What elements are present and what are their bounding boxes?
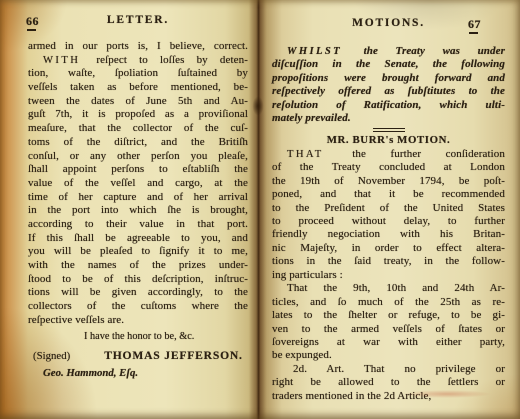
left-page-header: 66 LETTER. <box>28 14 248 40</box>
left-page-body: armed in our ports is, I believe, correc… <box>28 40 248 327</box>
text-line: reſpective veſſels are. <box>28 314 248 328</box>
text-line: collectors of the cuſtoms where the <box>28 300 248 314</box>
text-line: ticles, and ſo much of the 25th as re- <box>272 296 505 309</box>
text-line: friendly negociation with his Britan- <box>272 228 505 241</box>
book-scan: 66 LETTER. armed in our ports is, I beli… <box>0 0 520 419</box>
right-page-body: THAT the further conſideration of the Tr… <box>272 148 505 403</box>
text-line: you will be pleaſed to ſignify it to me, <box>28 245 248 259</box>
signature-row: (Signed) THOMAS JEFFERSON. <box>28 349 248 365</box>
page-number-dash <box>27 29 36 31</box>
paragraph-lead: THAT <box>287 149 328 160</box>
text-line: toms of the diſtrict, and the Britiſh <box>28 136 248 150</box>
right-page-text: MOTIONS. 67 WHILST the Treaty was under … <box>272 17 505 403</box>
text-line: nic Majeſty, in order to effect altera- <box>272 242 505 255</box>
left-page-text: 66 LETTER. armed in our ports is, I beli… <box>28 14 248 382</box>
text-line: value of the veſſel and cargo, at the <box>28 177 248 191</box>
line-rest: the Treaty was under <box>364 45 505 57</box>
text-line: tween the dates of June 5th and Au- <box>28 95 248 109</box>
text-line: conſul, or any other perſon you pleaſe, <box>28 150 248 164</box>
text-line: mately prevailed. <box>272 112 505 125</box>
text-line: tions in the ſaid treaty, in the follow- <box>272 255 505 268</box>
text-line: meaſure, that the collector of the cuſ- <box>28 122 248 136</box>
text-line: ſovereigns at war with either party, <box>272 336 505 349</box>
text-line: THAT the further conſideration <box>272 148 505 161</box>
double-rule <box>373 128 405 132</box>
paragraph-lead: WITH <box>43 55 84 66</box>
text-line: ſtood to be of this deſcription, inſtruc… <box>28 273 248 287</box>
text-line: diſcuſſion in the Senate, the following <box>272 58 505 71</box>
text-line: propoſitions were brought forward and <box>272 72 505 85</box>
text-line: poned, and that it be recommended <box>272 188 505 201</box>
text-line: reſolution of Ratification, which ulti- <box>272 99 505 112</box>
page-number-dash <box>469 32 478 34</box>
text-line: in the port into which ſhe is brought, <box>28 204 248 218</box>
text-line: tions will be given accordingly, to the <box>28 286 248 300</box>
text-line: lates to the ſhelter or refuge, to be gi… <box>272 309 505 322</box>
line-rest: reſpect to loſſes by deten- <box>96 54 248 66</box>
text-line: according to their value in that port. <box>28 218 248 232</box>
text-line: right be allowed to the ſettlers or <box>272 376 505 389</box>
text-line: If this ſhall be agreeable to you, and <box>28 232 248 246</box>
text-line: ſhall appoint perſons to eſtabliſh the <box>28 163 248 177</box>
text-line: to proceed without delay, to further <box>272 215 505 228</box>
text-line: WHILST the Treaty was under <box>272 45 505 58</box>
intro-paragraph: WHILST the Treaty was under diſcuſſion i… <box>272 45 505 126</box>
text-line: guſt 7th, it is propoſed as a proviſiona… <box>28 108 248 122</box>
text-line: armed in our ports is, I believe, correc… <box>28 40 248 54</box>
valediction: I have the honor to be, &c. <box>28 330 248 344</box>
motion-heading: MR. BURR's MOTION. <box>272 133 505 147</box>
text-line: ing particulars : <box>272 269 505 282</box>
line-rest: the further conſideration <box>352 148 505 160</box>
right-page-header: MOTIONS. 67 <box>272 17 505 43</box>
text-line: with the names of the prizes under- <box>28 259 248 273</box>
text-line: 2d. Art. That no privilege or <box>272 363 505 376</box>
page-number: 66 <box>26 14 39 29</box>
text-line: ven to the armed veſſels of ſtates or <box>272 323 505 336</box>
text-line: veſſels taken as before mentioned, be- <box>28 81 248 95</box>
signed-label: (Signed) <box>33 350 70 362</box>
text-line: reſpectively offered as ſubſtitutes to t… <box>272 85 505 98</box>
text-line: be expunged. <box>272 349 505 362</box>
text-line: WITH reſpect to loſſes by deten- <box>28 54 248 68</box>
text-line: to the Preſident of the United States <box>272 202 505 215</box>
page-number: 67 <box>468 17 481 32</box>
text-line: traders mentioned in the 2d Article, <box>272 390 505 403</box>
text-line: That the 9th, 10th and 24th Ar- <box>272 282 505 295</box>
text-line: tion, waſte, ſpoliation ſuſtained by <box>28 67 248 81</box>
addressee: Geo. Hammond, Eſq. <box>28 367 248 382</box>
text-line: time of her capture and of her arrival <box>28 191 248 205</box>
paragraph-lead: WHILST <box>287 46 346 57</box>
running-title: LETTER. <box>28 14 248 26</box>
signature-name: THOMAS JEFFERSON. <box>104 349 243 362</box>
text-line: the 19th of November 1794, be poſt- <box>272 175 505 188</box>
text-line: of the Treaty concluded at London <box>272 161 505 174</box>
